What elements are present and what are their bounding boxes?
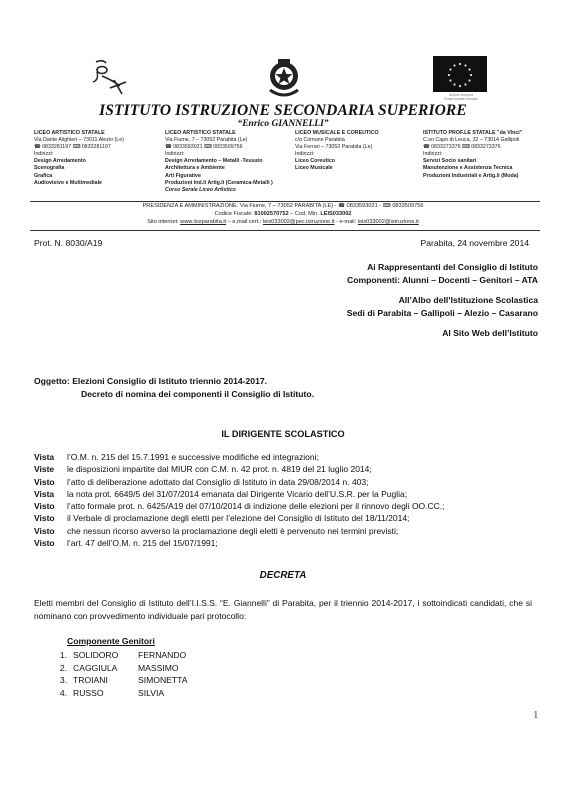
page-number: 1 [533, 709, 539, 721]
website-label: Sito internet: [147, 219, 180, 225]
subject-line: Decreto di nomina dei componenti il Cons… [34, 388, 314, 401]
subject-line: Elezioni Consiglio di Istituto triennio … [72, 376, 267, 386]
premise-keyword: Vista [34, 451, 67, 463]
eu-caption: Unione europea Fondo sociale europeo [430, 93, 492, 101]
school-column: LICEO ARTISTICO STATALE Via Fiume, 7 – 7… [165, 130, 273, 194]
protocol-number: Prot. N. 8030/A19 [34, 238, 102, 248]
member-row: 1.SOLIDOROFERNANDO [44, 649, 188, 662]
header-divider [30, 230, 540, 231]
school-line: Via Fiume, 7 – 73052 Parabita (Le) [165, 137, 273, 144]
school-line: Indirizzi: [165, 151, 273, 158]
premise-row: Vistoil Verbale di proclamazione degli e… [34, 512, 445, 524]
premise-keyword: Visto [34, 525, 67, 537]
member-name: MASSIMO [138, 662, 179, 675]
premise-text: che nessun ricorso avverso la proclamazi… [67, 525, 398, 537]
school-track: Scenografia [34, 165, 124, 172]
pec-email-link[interactable]: leis033002@pec.istruzione.it [263, 219, 335, 225]
premise-row: Vistala nota prot. 6649/5 del 31/07/2014… [34, 488, 445, 500]
school-line: Indirizzi: [295, 151, 379, 158]
fiscal-code-line: Codice Fiscale: 81002570752 – Cod. Min. … [0, 211, 566, 218]
school-title: LICEO ARTISTICO STATALE [165, 130, 273, 137]
addressee-line: All’Albo dell’Istituzione Scolastica [218, 294, 538, 307]
addressee-line: Al Sito Web dell’Istituto [218, 327, 538, 340]
school-title: LICEO ARTISTICO STATALE [34, 130, 124, 137]
eu-flag-icon [433, 56, 487, 92]
member-number: 2. [44, 662, 67, 675]
school-line: Indirizzi: [34, 151, 124, 158]
members-list: 1.SOLIDOROFERNANDO2.CAGGIULAMASSIMO3.TRO… [44, 649, 188, 699]
addressee-line: Componenti: Alunni – Docenti – Genitori … [218, 274, 538, 287]
premise-row: Vistol’art. 47 dell’O.M. n. 215 del 15/0… [34, 537, 445, 549]
addressees: Ai Rappresentanti del Consiglio di Istit… [218, 261, 538, 340]
ministry-code: LEIS033002 [320, 211, 351, 217]
premise-row: Vistol’atto formale prot. n. 6425/A19 de… [34, 500, 445, 512]
school-evening-course: Corso Serale Liceo Artistico [165, 187, 273, 194]
premise-keyword: Viste [34, 463, 67, 475]
member-number: 3. [44, 674, 67, 687]
premise-text: l’atto di deliberazione adottato dal Con… [67, 476, 369, 488]
pec-label: – e.mail cert.: [226, 219, 263, 225]
decree-heading: DECRETA [0, 570, 566, 581]
school-line: Indirizzi: [423, 151, 522, 158]
member-surname: RUSSO [67, 687, 138, 700]
school-track: Servizi Socio sanitari [423, 158, 522, 165]
school-logo-icon [88, 58, 134, 100]
school-line: ☎ 0833273376 ⌨ 0833273376 [423, 144, 522, 151]
premise-row: Vistol’atto di deliberazione adottato da… [34, 476, 445, 488]
member-row: 2.CAGGIULAMASSIMO [44, 662, 188, 675]
school-track: Architettura e Ambiente [165, 165, 273, 172]
school-line: ☎ 0833593021 ⌨ 0833509756 [165, 144, 273, 151]
italian-republic-emblem-icon [264, 58, 304, 102]
school-column: ISTITUTO PROF.LE STATALE "da Vinci" C.so… [423, 130, 522, 180]
school-track: Design Arredamento – Metalli -Tessuto [165, 158, 273, 165]
place-date: Parabita, 24 novembre 2014 [421, 238, 529, 248]
school-column: LICEO ARTISTICO STATALE Via Dante Alighi… [34, 130, 124, 187]
premise-keyword: Visto [34, 500, 67, 512]
school-line: Via Ferrari – 73052 Parabita (Le) [295, 144, 379, 151]
member-name: FERNANDO [138, 649, 186, 662]
subject: Oggetto: Elezioni Consiglio di Istituto … [34, 375, 314, 400]
school-track: Liceo Coreutico [295, 158, 379, 165]
fiscal-code: 81002570752 [254, 211, 288, 217]
fiscal-code-label: Codice Fiscale: [215, 211, 255, 217]
member-surname: SOLIDORO [67, 649, 138, 662]
member-name: SIMONETTA [138, 674, 188, 687]
school-title: LICEO MUSICALE E COREUTICO [295, 130, 379, 137]
premise-row: Vistele disposizioni impartite dal MIUR … [34, 463, 445, 475]
web-contacts-line: Sito internet: www.iissparabita.it – e.m… [0, 219, 566, 226]
eu-caption-line: Fondo sociale europeo [430, 97, 492, 101]
ministry-code-label: – Cod. Min. [289, 211, 321, 217]
school-track: Arti Figurative [165, 173, 273, 180]
member-surname: TROIANI [67, 674, 138, 687]
institute-subtitle: “Enrico GIANNELLI” [0, 119, 566, 129]
email-link[interactable]: leis033002@istruzione.it [358, 219, 419, 225]
premise-text: l’art. 47 dell’O.M. n. 215 del 15/07/199… [67, 537, 218, 549]
premise-keyword: Visto [34, 476, 67, 488]
premise-text: il Verbale di proclamazione degli eletti… [67, 512, 409, 524]
section-heading: IL DIRIGENTE SCOLASTICO [0, 429, 566, 439]
member-row: 3.TROIANISIMONETTA [44, 674, 188, 687]
member-name: SILVIA [138, 687, 164, 700]
school-track: Grafica [34, 173, 124, 180]
school-line: C.so Capo di Leuca, 32 – 73014 Gallipoli [423, 137, 522, 144]
member-row: 4.RUSSOSILVIA [44, 687, 188, 700]
member-surname: CAGGIULA [67, 662, 138, 675]
website-link[interactable]: www.iissparabita.it [180, 219, 226, 225]
school-column: LICEO MUSICALE E COREUTICO c/o Comune Pa… [295, 130, 379, 173]
premise-keyword: Visto [34, 512, 67, 524]
school-track: Audiovisivo e Multimediale [34, 180, 124, 187]
school-track: Design Arredamento [34, 158, 124, 165]
premises-list: Vistal’O.M. n. 215 del 15.7.1991 e succe… [34, 451, 445, 549]
component-title: Componente Genitori [67, 636, 155, 646]
member-number: 4. [44, 687, 67, 700]
institute-title: ISTITUTO ISTRUZIONE SECONDARIA SUPERIORE [0, 102, 566, 120]
school-track: Produzioni Industriali e Artig.li (Moda) [423, 173, 522, 180]
premise-keyword: Visto [34, 537, 67, 549]
school-track: Manutenzione e Assistenza Tecnica [423, 165, 522, 172]
decree-paragraph: Eletti membri del Consiglio di Istituto … [34, 597, 532, 622]
member-number: 1. [44, 649, 67, 662]
school-track: Produzioni Ind.li Artig.li (Ceramica-Met… [165, 180, 273, 187]
presidenza-line: PRESIDENZA E AMMINISTRAZIONE: Via Fiume,… [0, 203, 566, 210]
header-divider [30, 201, 540, 202]
addressee-line: Sedi di Parabita – Gallipoli – Alezio – … [218, 307, 538, 320]
premise-text: la nota prot. 6649/5 del 31/07/2014 eman… [67, 488, 407, 500]
premise-text: l’O.M. n. 215 del 15.7.1991 e successive… [67, 451, 319, 463]
premise-text: l’atto formale prot. n. 6425/A19 del 07/… [67, 500, 445, 512]
school-line: Via Dante Alighieri – 73011 Alezio (Le) [34, 137, 124, 144]
school-track: Liceo Musicale [295, 165, 379, 172]
school-title: ISTITUTO PROF.LE STATALE "da Vinci" [423, 130, 522, 137]
school-line: c/o Comune Parabita [295, 137, 379, 144]
subject-label: Oggetto: [34, 376, 70, 386]
premise-row: Vistoche nessun ricorso avverso la procl… [34, 525, 445, 537]
premise-keyword: Vista [34, 488, 67, 500]
premise-text: le disposizioni impartite dal MIUR con C… [67, 463, 372, 475]
email-label: - e-mail: [334, 219, 357, 225]
school-line: ☎ 0833281197 ⌨ 0833281197 [34, 144, 124, 151]
addressee-line: Ai Rappresentanti del Consiglio di Istit… [218, 261, 538, 274]
premise-row: Vistal’O.M. n. 215 del 15.7.1991 e succe… [34, 451, 445, 463]
